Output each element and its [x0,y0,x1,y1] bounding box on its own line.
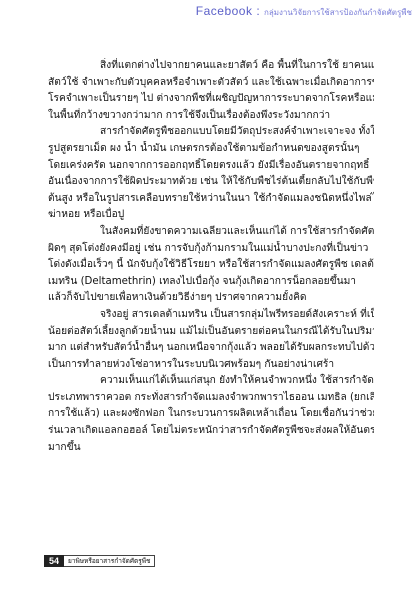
text-line: ประเภทพาราควอต กระทั่งสารกำจัดแมลงจำพวกพ… [48,390,374,407]
text-line: ในสังคมที่ยังขาดความเฉลียวและเห็นแก่ได้ … [48,224,374,241]
text-line: เป็นการทำลายห่วงโซ่อาหารในระบบนิเวศพร้อม… [48,357,374,374]
page-footer: 54 ยาพิษหรือยาสารกำจัดศัตรูพืช [44,555,155,567]
text-line: ความเห็นแก่ได้เห็นแก่สนุก ยังทำให้คนจำพว… [48,373,374,390]
page-header: Facebook : กลุ่มงานวิจัยการใช้สารป้องกัน… [196,4,412,19]
text-line: มาก แต่สำหรับสัตว์น้ำอื่นๆ นอกเหนือจากกุ… [48,340,374,357]
footer-label: ยาพิษหรือยาสารกำจัดศัตรูพืช [64,555,155,567]
text-line: โดยเคร่งครัด นอกจากการออกฤทธิ์โดยตรงแล้ว… [48,158,374,175]
page-number: 54 [44,555,64,567]
text-line: ต้นสูง หรือในรูปสารเคลือบทรายใช้หว่านในน… [48,191,374,208]
text-line: จริงอยู่ สารเดลต้าเมทริน เป็นสารกลุ่มไพร… [48,307,374,324]
text-line: การใช้แล้ว) และผงซักฟอก ในกระบวนการผลิตเ… [48,406,374,423]
header-subtitle: กลุ่มงานวิจัยการใช้สารป้องกันกำจัดศัตรูพ… [264,8,412,17]
body-text: สิ่งที่แตกต่างไปจากยาคนและยาสัตว์ คือ พื… [48,58,374,456]
text-line: อันเนื่องจากการใช้ผิดประมาทด้วย เช่น ให้… [48,174,374,191]
text-line: เมทริน (Deltamethrin) เทลงไปเบื่อกุ้ง จน… [48,274,374,291]
text-line: สัตว์ใช้ จำเพาะกับตัวบุคคลหรือจำเพาะตัวส… [48,75,374,92]
text-line: ฆ่าหอย หรือเบื่อปู [48,207,374,224]
text-line: โรคจำเพาะเป็นรายๆ ไป ต่างจากพืชที่เผชิญป… [48,91,374,108]
text-line: ร่นเวลาเกิดแอลกอฮอล์ โดยไม่ตระหนักว่าสาร… [48,423,374,440]
text-line: น้อยต่อสัตว์เลี้ยงลูกด้วยน้ำนม แม้ไม่เป็… [48,324,374,341]
text-line: สารกำจัดศัตรูพืชออกแบบโดยมีวัตถุประสงค์จ… [48,124,374,141]
text-line: มากขึ้น [48,440,374,457]
text-line: ผิดๆ สุดโต่งยังคงมีอยู่ เช่น การจับกุ้งก… [48,241,374,258]
text-line: แล้วก็จับไปขายเพื่อหาเงินด้วยวิธีง่ายๆ ป… [48,290,374,307]
text-line: สิ่งที่แตกต่างไปจากยาคนและยาสัตว์ คือ พื… [48,58,374,75]
facebook-brand: Facebook [196,4,253,18]
text-line: โด่งดังเมื่อเร็วๆ นี้ นักจับกุ้งใช้วิธีโ… [48,257,374,274]
header-separator: : [252,4,264,18]
text-line: รูปสูตรยาเม็ด ผง น้ำ น้ำมัน เกษตรกรต้องใ… [48,141,374,158]
text-line: ในพื้นที่กว้างขวางกว่ามาก การใช้จึงเป็นเ… [48,108,374,125]
